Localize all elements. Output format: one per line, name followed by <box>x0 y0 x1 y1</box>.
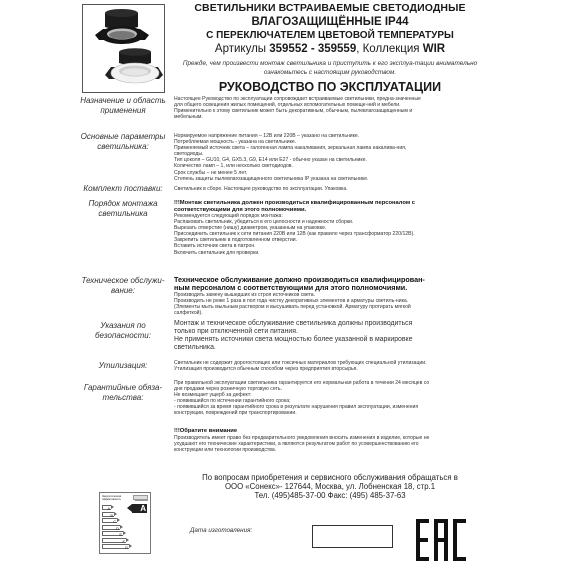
section-text: Светильник в сборе. Настоящее руководств… <box>174 186 430 192</box>
section-text: !!!Монтаж светильника должен производить… <box>174 200 430 256</box>
collection-prefix: , Коллекция <box>356 43 423 55</box>
header-line-2: ВЛАГОЗАЩИЩЁННЫЕ IP44 <box>180 15 480 29</box>
section-text: Светильник не содержит дорогостоящих или… <box>174 360 430 372</box>
section-bold-note: !!!Монтаж светильника должен производить… <box>174 200 430 213</box>
section-paragraph: Светильник не содержит дорогостоящих или… <box>174 360 430 372</box>
section-paragraph: Степень защиты пылевлагозащищенного свет… <box>174 176 430 182</box>
manufacture-date-label: Дата изготовления: <box>190 527 252 534</box>
section-label: Назначение и область применения <box>80 96 166 116</box>
section-text: Техническое обслуживание должно производ… <box>174 276 430 316</box>
section-paragraph: Производить не реже 1 раза в пол года чи… <box>174 298 430 316</box>
energy-label-title: Энергетическая эффективность <box>102 495 132 501</box>
eac-certification-icon <box>416 519 466 561</box>
manufacture-date-field[interactable] <box>312 525 393 548</box>
energy-class-b: B <box>102 512 114 517</box>
energy-class-c: C <box>102 518 117 523</box>
section-paragraph: Производитель имеет право без предварите… <box>174 435 430 453</box>
section-bold-note: Техническое обслуживание должно производ… <box>174 276 430 292</box>
energy-class-f: F <box>102 538 126 543</box>
section-label: Указания по безопасности: <box>80 321 166 341</box>
section-paragraph: Монтаж и техническое обслуживание светил… <box>174 320 430 336</box>
section-text: !!!Обратите вниманиеПроизводитель имеет … <box>174 428 430 453</box>
energy-class-e: E <box>102 531 123 536</box>
section-paragraph: - появившийся за время гарантийного срок… <box>174 404 430 416</box>
energy-header-bar-dark <box>135 499 148 501</box>
section-paragraph: Применяемый источник света – галогенная … <box>174 145 430 157</box>
section-paragraph: Светильник в сборе. Настоящее руководств… <box>174 186 430 192</box>
articles-value: 359552 - 359559 <box>269 43 356 55</box>
section-text: Настоящее Руководство по эксплуатации со… <box>174 96 430 120</box>
downlight-product-icon <box>83 5 163 91</box>
section-text: Нормируемое напряжение питания – 12В или… <box>174 133 430 182</box>
manual-title: РУКОВОДСТВО ПО ЭКСПЛУАТАЦИИ <box>180 80 480 94</box>
header-line-1: СВЕТИЛЬНИКИ ВСТРАИВАЕМЫЕ СВЕТОДИОДНЫЕ <box>180 2 480 15</box>
section-label: Порядок монтажа светильника <box>80 199 166 219</box>
section-paragraph: Включить светильник для проверки. <box>174 250 430 256</box>
articles-line: Артикулы 359552 - 359559, Коллекция WIR <box>180 42 480 57</box>
document-header: СВЕТИЛЬНИКИ ВСТРАИВАЕМЫЕ СВЕТОДИОДНЫЕ ВЛ… <box>180 2 480 77</box>
section-text: При правильной эксплуатации светильника … <box>174 380 430 417</box>
articles-prefix: Артикулы <box>215 43 269 55</box>
section-label: Комплект поставки: <box>80 184 166 194</box>
energy-class-g: G <box>102 544 129 549</box>
section-paragraph: Настоящее Руководство по эксплуатации со… <box>174 96 430 120</box>
section-paragraph: Не применять источники света мощностью б… <box>174 336 430 352</box>
collection-value: WIR <box>423 43 445 55</box>
product-photo <box>82 4 165 93</box>
energy-class-a: A <box>102 505 111 510</box>
section-label: Гарантийные обяза-тельства: <box>80 383 166 403</box>
intro-note: Прежде, чем произвести монтаж светильник… <box>180 60 480 77</box>
contact-line-3: Тел. (495)485-37-00 Факс: (495) 485-37-6… <box>180 492 480 501</box>
section-label: Техническое обслужи-вание: <box>80 276 166 296</box>
energy-class-d: D <box>102 525 120 530</box>
contact-block: По вопросам приобретения и сервисного об… <box>180 474 480 500</box>
header-line-3: С ПЕРЕКЛЮЧАТЕЛЕМ ЦВЕТОВОЙ ТЕМПЕРАТУРЫ <box>180 29 480 42</box>
section-paragraph: При правильной эксплуатации светильника … <box>174 380 430 392</box>
section-label: Основные параметры светильника: <box>80 132 166 152</box>
section-text: Монтаж и техническое обслуживание светил… <box>174 320 430 352</box>
section-label: Утилизация: <box>80 361 166 371</box>
energy-rating-marker: A <box>132 504 147 513</box>
energy-efficiency-label: Энергетическая эффективность ABCDEFG A <box>99 492 151 554</box>
